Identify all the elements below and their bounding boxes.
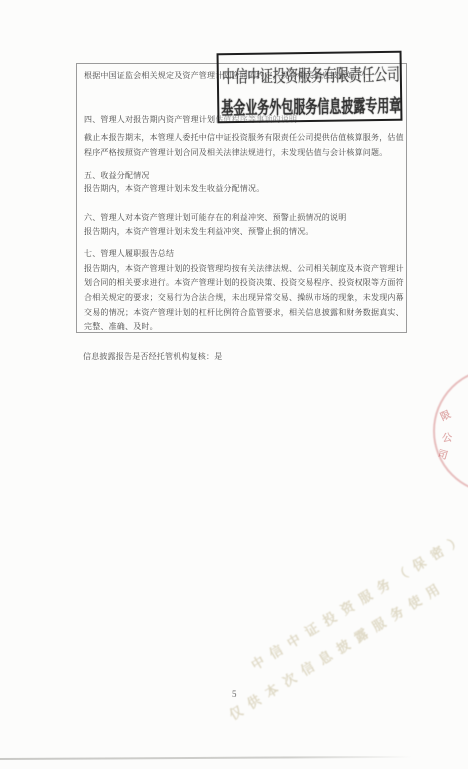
section-7-body-line-3: 合相关规定的要求；交易行为合法合规，未出现异常交易、操纵市场的现象，未发现内幕: [84, 292, 404, 303]
section-4-body-line-1: 截止本报告期末，本管理人委托中信中证投资服务有限责任公司提供估值核算服务，估值: [84, 132, 404, 143]
page-number: 5: [232, 689, 237, 699]
footer-review-line: 信息披露报告是否经托管机构复核：是: [83, 351, 222, 362]
section-5-body-line-1: 报告期内，本资产管理计划未发生收益分配情况。: [84, 183, 264, 194]
intro-visible-text: 根据中国证监会相关规定及资产管理计: [84, 71, 223, 80]
section-6-body-line-1: 报告期内，本资产管理计划未发生利益冲突、预警止损的情况。: [84, 226, 314, 237]
stamp-company-line: 中信中证投资服务有限责任公司: [222, 61, 400, 88]
seal-character: 公: [441, 429, 452, 445]
section-7-body-line-4: 交易的情况；本资产管理计划的杠杆比例符合监管要求，相关信息披露和财务数据真实、: [84, 307, 404, 318]
section-5-heading: 五、收益分配情况: [84, 170, 150, 181]
section-4-body-line-2: 程序严格按照资产管理计划合同及相关法律法规进行，未发现估值与会计核算问题。: [84, 147, 387, 158]
section-7-body-line-5: 完整、准确、及时。: [84, 321, 158, 332]
section-7-body-line-2: 划合同的相关要求进行。本资产管理计划的投资决策、投资交易程序、投资权限等方面符: [84, 277, 404, 288]
section-4-heading-main: 四、管理人对报告期内资产管理计划: [84, 115, 215, 124]
stamp-title-line: 基金业务外包服务信息披露专用章: [221, 93, 401, 120]
section-7-body-line-1: 报告期内，本资产管理计划的投资管理均按有关法律法规、公司相关制度及本资产管理计: [84, 263, 404, 274]
disclosure-stamp: 中信中证投资服务有限责任公司 基金业务外包服务信息披露专用章: [217, 51, 403, 124]
page-bottom-edge: [0, 756, 412, 760]
scanned-document-page: 根据中国证监会相关规定及资产管理计划合同的约定，现将相关信息披露如下： 四、管理…: [0, 0, 468, 769]
section-6-heading: 六、管理人对本资产管理计划可能存在的利益冲突、预警止损情况的说明: [84, 212, 346, 223]
section-7-heading: 七、管理人履职报告总结: [84, 248, 174, 259]
